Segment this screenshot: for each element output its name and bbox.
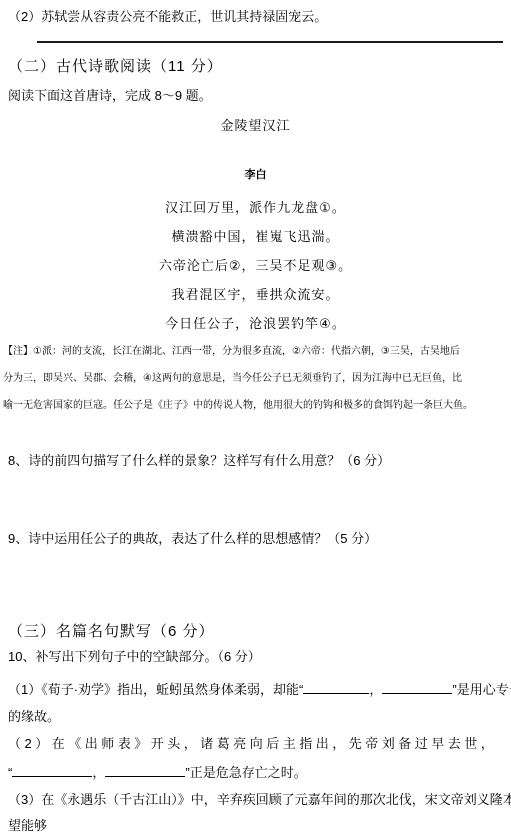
poem-author: 李白 xyxy=(8,168,503,182)
question-8: 8、诗的前四句描写了什么样的景象？这样写有什么用意？（6 分） xyxy=(8,452,503,470)
poem-line-3: 六帝沦亡后②，三吴不足观③。 xyxy=(8,257,503,275)
dictation-item-1-pre: （1）《荀子·劝学》指出，蚯蚓虽然身体柔弱，却能“ xyxy=(8,682,303,697)
dictation-item-3-line-2: 望能够 xyxy=(8,817,503,833)
poem-line-1: 汉江回万里，派作九龙盘①。 xyxy=(8,199,503,217)
dictation-item-1-line-2: 的缘故。 xyxy=(8,708,503,726)
dictation-item-2-line-2: “，”正是危急存亡之时。 xyxy=(8,762,503,782)
question-10: 10、补写出下列句子中的空缺部分。（6 分） xyxy=(8,648,503,666)
poem-line-5: 今日任公子，沧浪罢钓竿④。 xyxy=(8,315,503,333)
dictation-item-1-post: ”是用心专一 xyxy=(452,682,511,697)
prev-question-answer-line: （2）苏轼尝从容责公亮不能救正，世讥其持禄固宠云。 xyxy=(8,8,503,26)
dictation-item-1-line-1: （1）《荀子·劝学》指出，蚯蚓虽然身体柔弱，却能“，”是用心专一 xyxy=(8,679,503,699)
section-2-heading: （二）古代诗歌阅读（11 分） xyxy=(8,57,503,77)
poem-title: 金陵望汉江 xyxy=(8,117,503,135)
dictation-item-2-separator: ， xyxy=(92,765,105,780)
poem-line-4: 我君混区宇，垂拱众流安。 xyxy=(8,286,503,304)
footnote-line-3: 喻一无危害国家的巨寇。任公子是《庄子》中的传说人物，他用很大的钓钩和极多的食饵钓… xyxy=(3,392,509,419)
fill-in-blank-underline xyxy=(105,762,185,777)
poem-line-2: 横溃豁中国，崔嵬飞迅湍。 xyxy=(8,228,503,246)
fill-in-blank-underline xyxy=(303,679,369,694)
exam-document-page: （2）苏轼尝从容责公亮不能救正，世讥其持禄固宠云。 （二）古代诗歌阅读（11 分… xyxy=(0,0,511,833)
dictation-item-2-post: ”正是危急存亡之时。 xyxy=(185,765,306,780)
poem-body: 汉江回万里，派作九龙盘①。 横溃豁中国，崔嵬飞迅湍。 六帝沦亡后②，三吴不足观③… xyxy=(8,199,503,333)
fill-in-blank-underline xyxy=(12,762,92,777)
poem-footnotes: 【注】①派：河的支流，长江在湖北、江西一带，分为很多直流，②六帝：代指六朝，③三… xyxy=(3,338,509,419)
section-3-heading: （三）名篇名句默写（6 分） xyxy=(8,622,503,642)
fill-in-blank-underline xyxy=(382,679,452,694)
section-divider-rule xyxy=(37,41,503,43)
dictation-item-3-line-1: （3）在《永遇乐（千古江山）》中，辛弃疾回顾了元嘉年间的那次北伐，宋文帝刘义隆本… xyxy=(8,791,503,809)
footnote-line-1: 【注】①派：河的支流，长江在湖北、江西一带，分为很多直流，②六帝：代指六朝，③三… xyxy=(3,338,509,365)
question-9: 9、诗中运用任公子的典故，表达了什么样的思想感情？（5 分） xyxy=(8,530,503,548)
dictation-item-1-separator: ， xyxy=(369,682,382,697)
footnote-line-2: 分为三，即吴兴、吴郡、会稽，④这两句的意思是，当今任公子已无须垂钓了，因为江海中… xyxy=(3,365,509,392)
reading-instruction: 阅读下面这首唐诗，完成 8～9 题。 xyxy=(8,87,503,105)
dictation-item-2-line-1: （2）在《出师表》开头，诸葛亮向后主指出，先帝刘备过早去世， xyxy=(8,735,503,753)
